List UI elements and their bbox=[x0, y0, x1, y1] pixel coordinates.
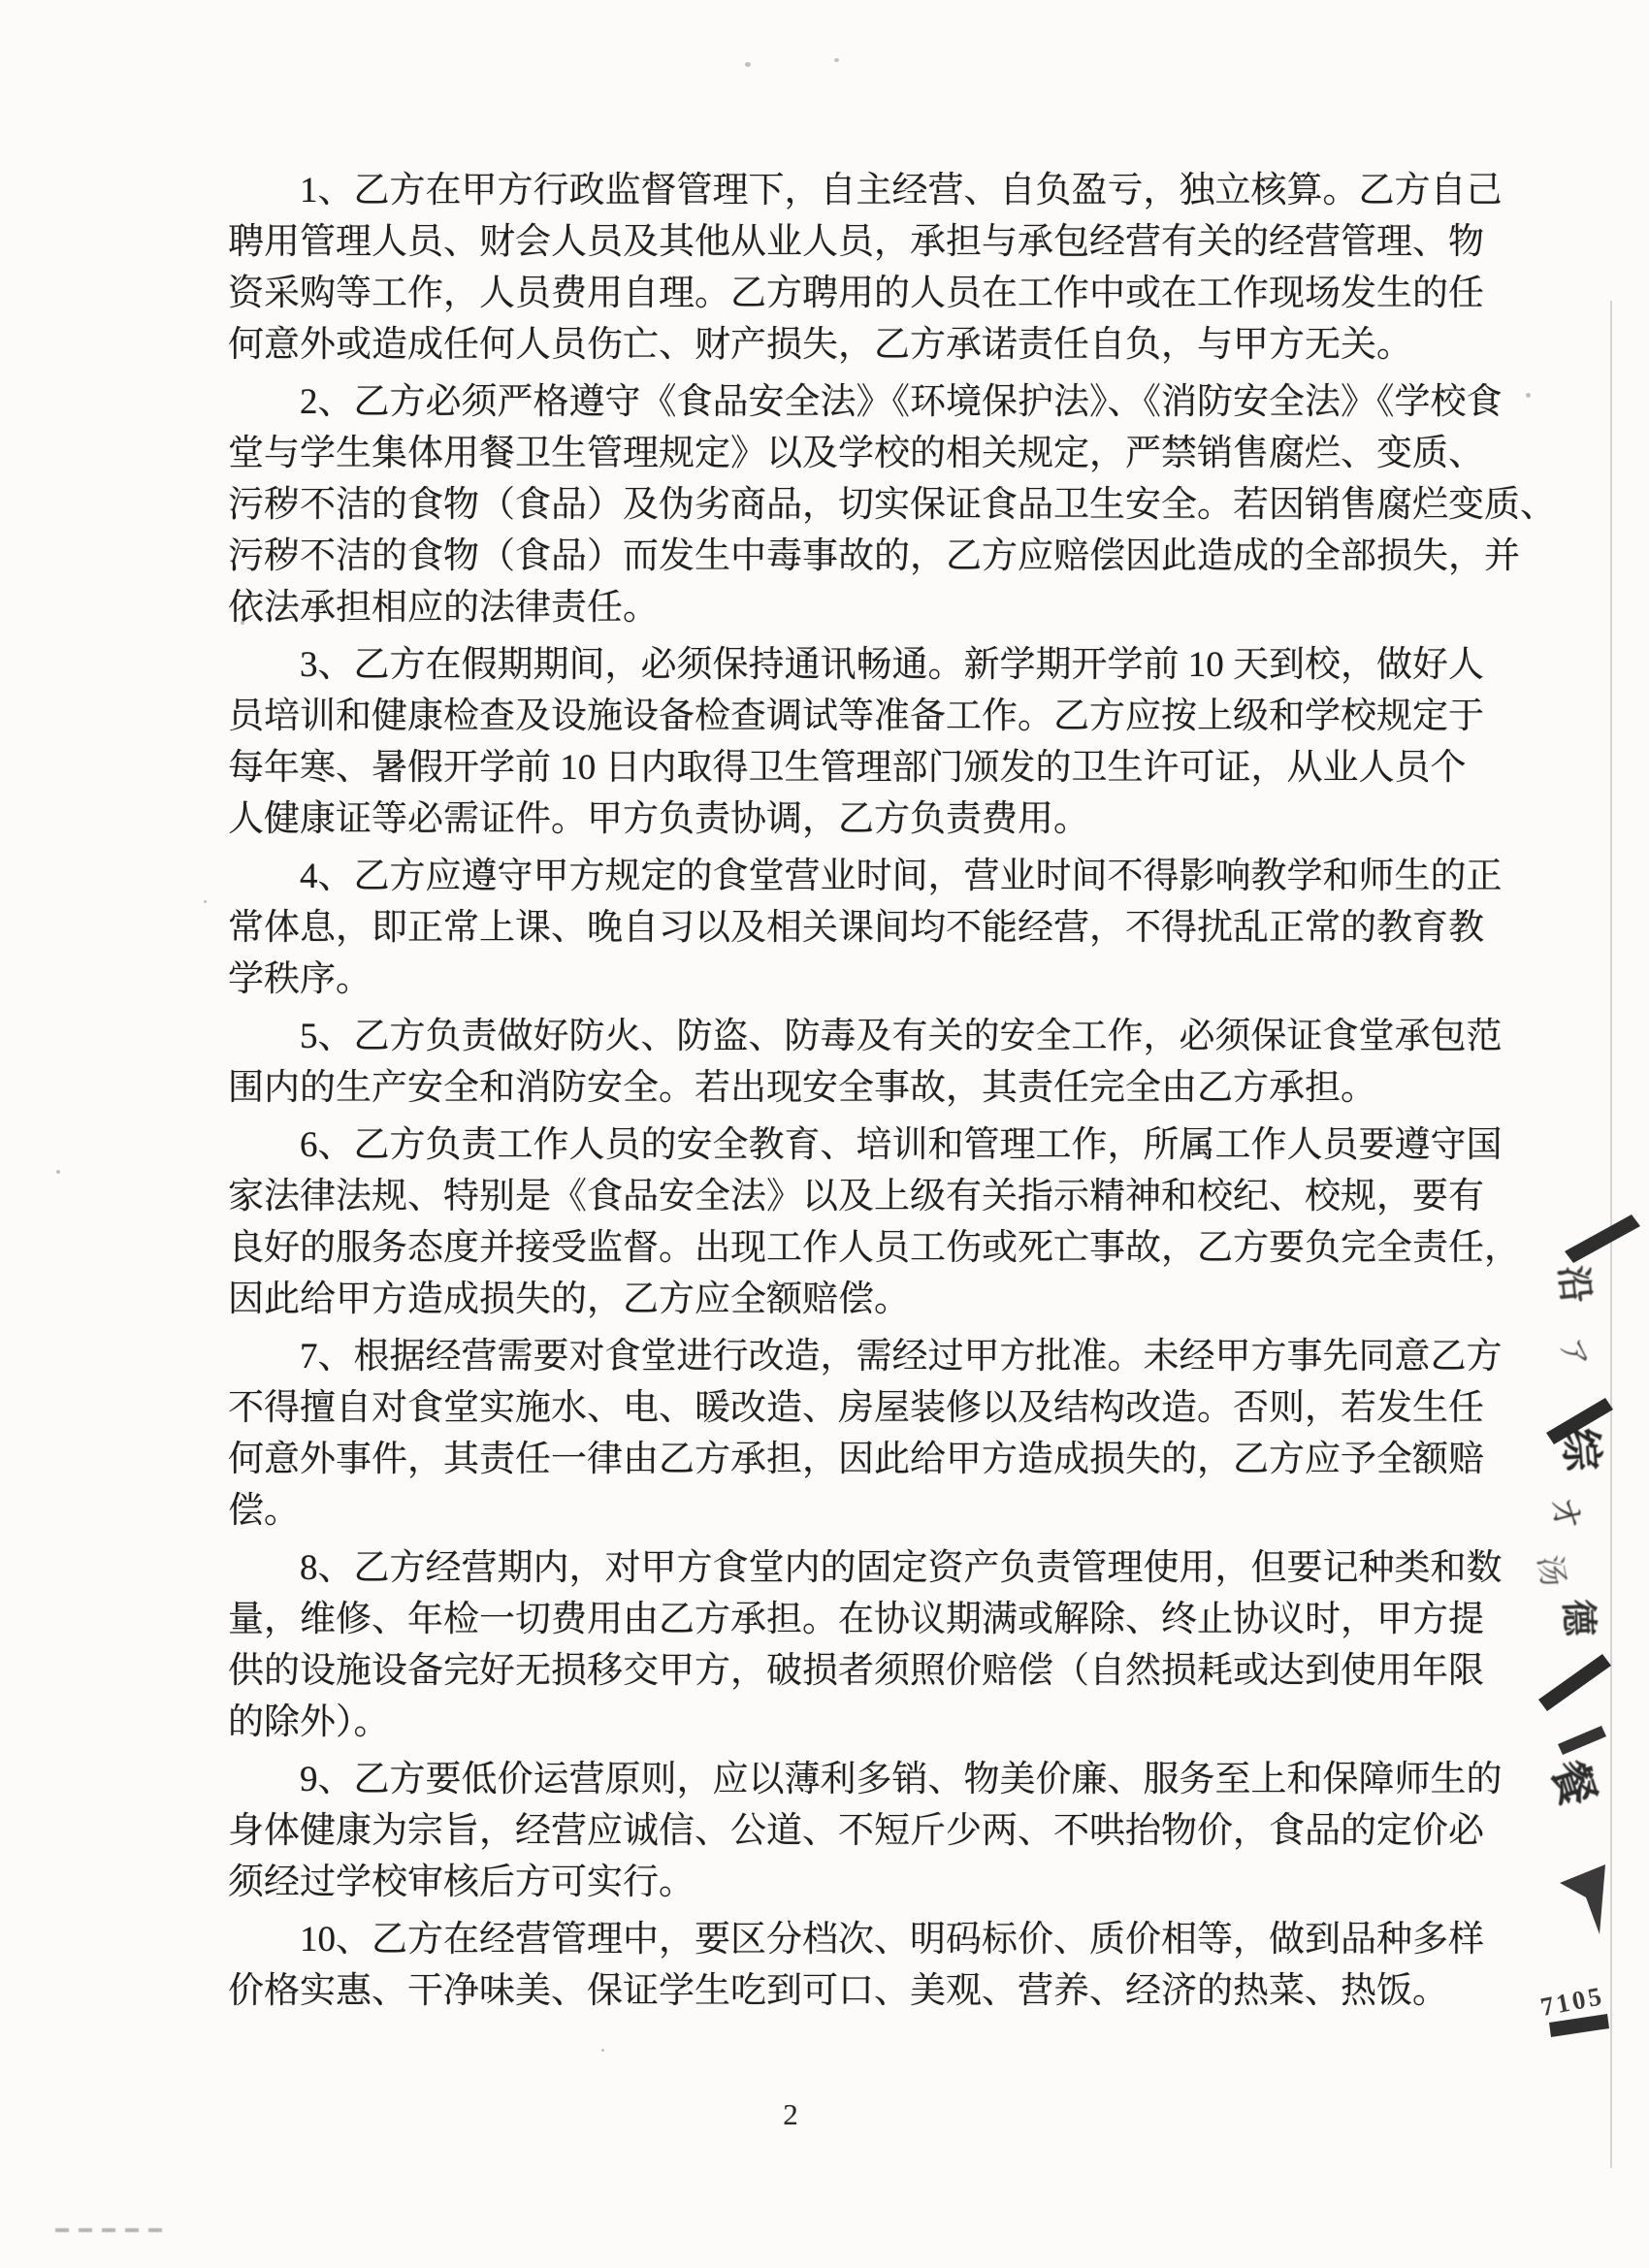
scan-speck bbox=[601, 2049, 604, 2052]
scan-speck bbox=[56, 1170, 60, 1174]
scan-speck bbox=[1526, 393, 1531, 398]
scan-speck bbox=[204, 900, 207, 903]
stamp-fragment-icon: 综 bbox=[1553, 1426, 1618, 1473]
ink-slash-icon bbox=[1538, 1654, 1611, 1711]
scanned-contract-page: 1、乙方在甲方行政监督管理下，自主经营、自负盈亏，独立核算。乙方自己聘用管理人员… bbox=[0, 0, 1649, 2268]
stamp-fragment-icon: 德 bbox=[1555, 1599, 1609, 1637]
scan-speck bbox=[241, 621, 244, 625]
stamp-fragment-icon: 沿 bbox=[1550, 1263, 1607, 1306]
ink-arrow-mark-icon bbox=[1560, 1864, 1605, 1934]
scan-smudge-line bbox=[55, 2228, 170, 2232]
scan-speck bbox=[834, 58, 839, 62]
ink-slash-icon bbox=[1565, 1215, 1640, 1263]
margin-stamp-strokes bbox=[0, 0, 1649, 2268]
scan-speck bbox=[745, 62, 751, 67]
